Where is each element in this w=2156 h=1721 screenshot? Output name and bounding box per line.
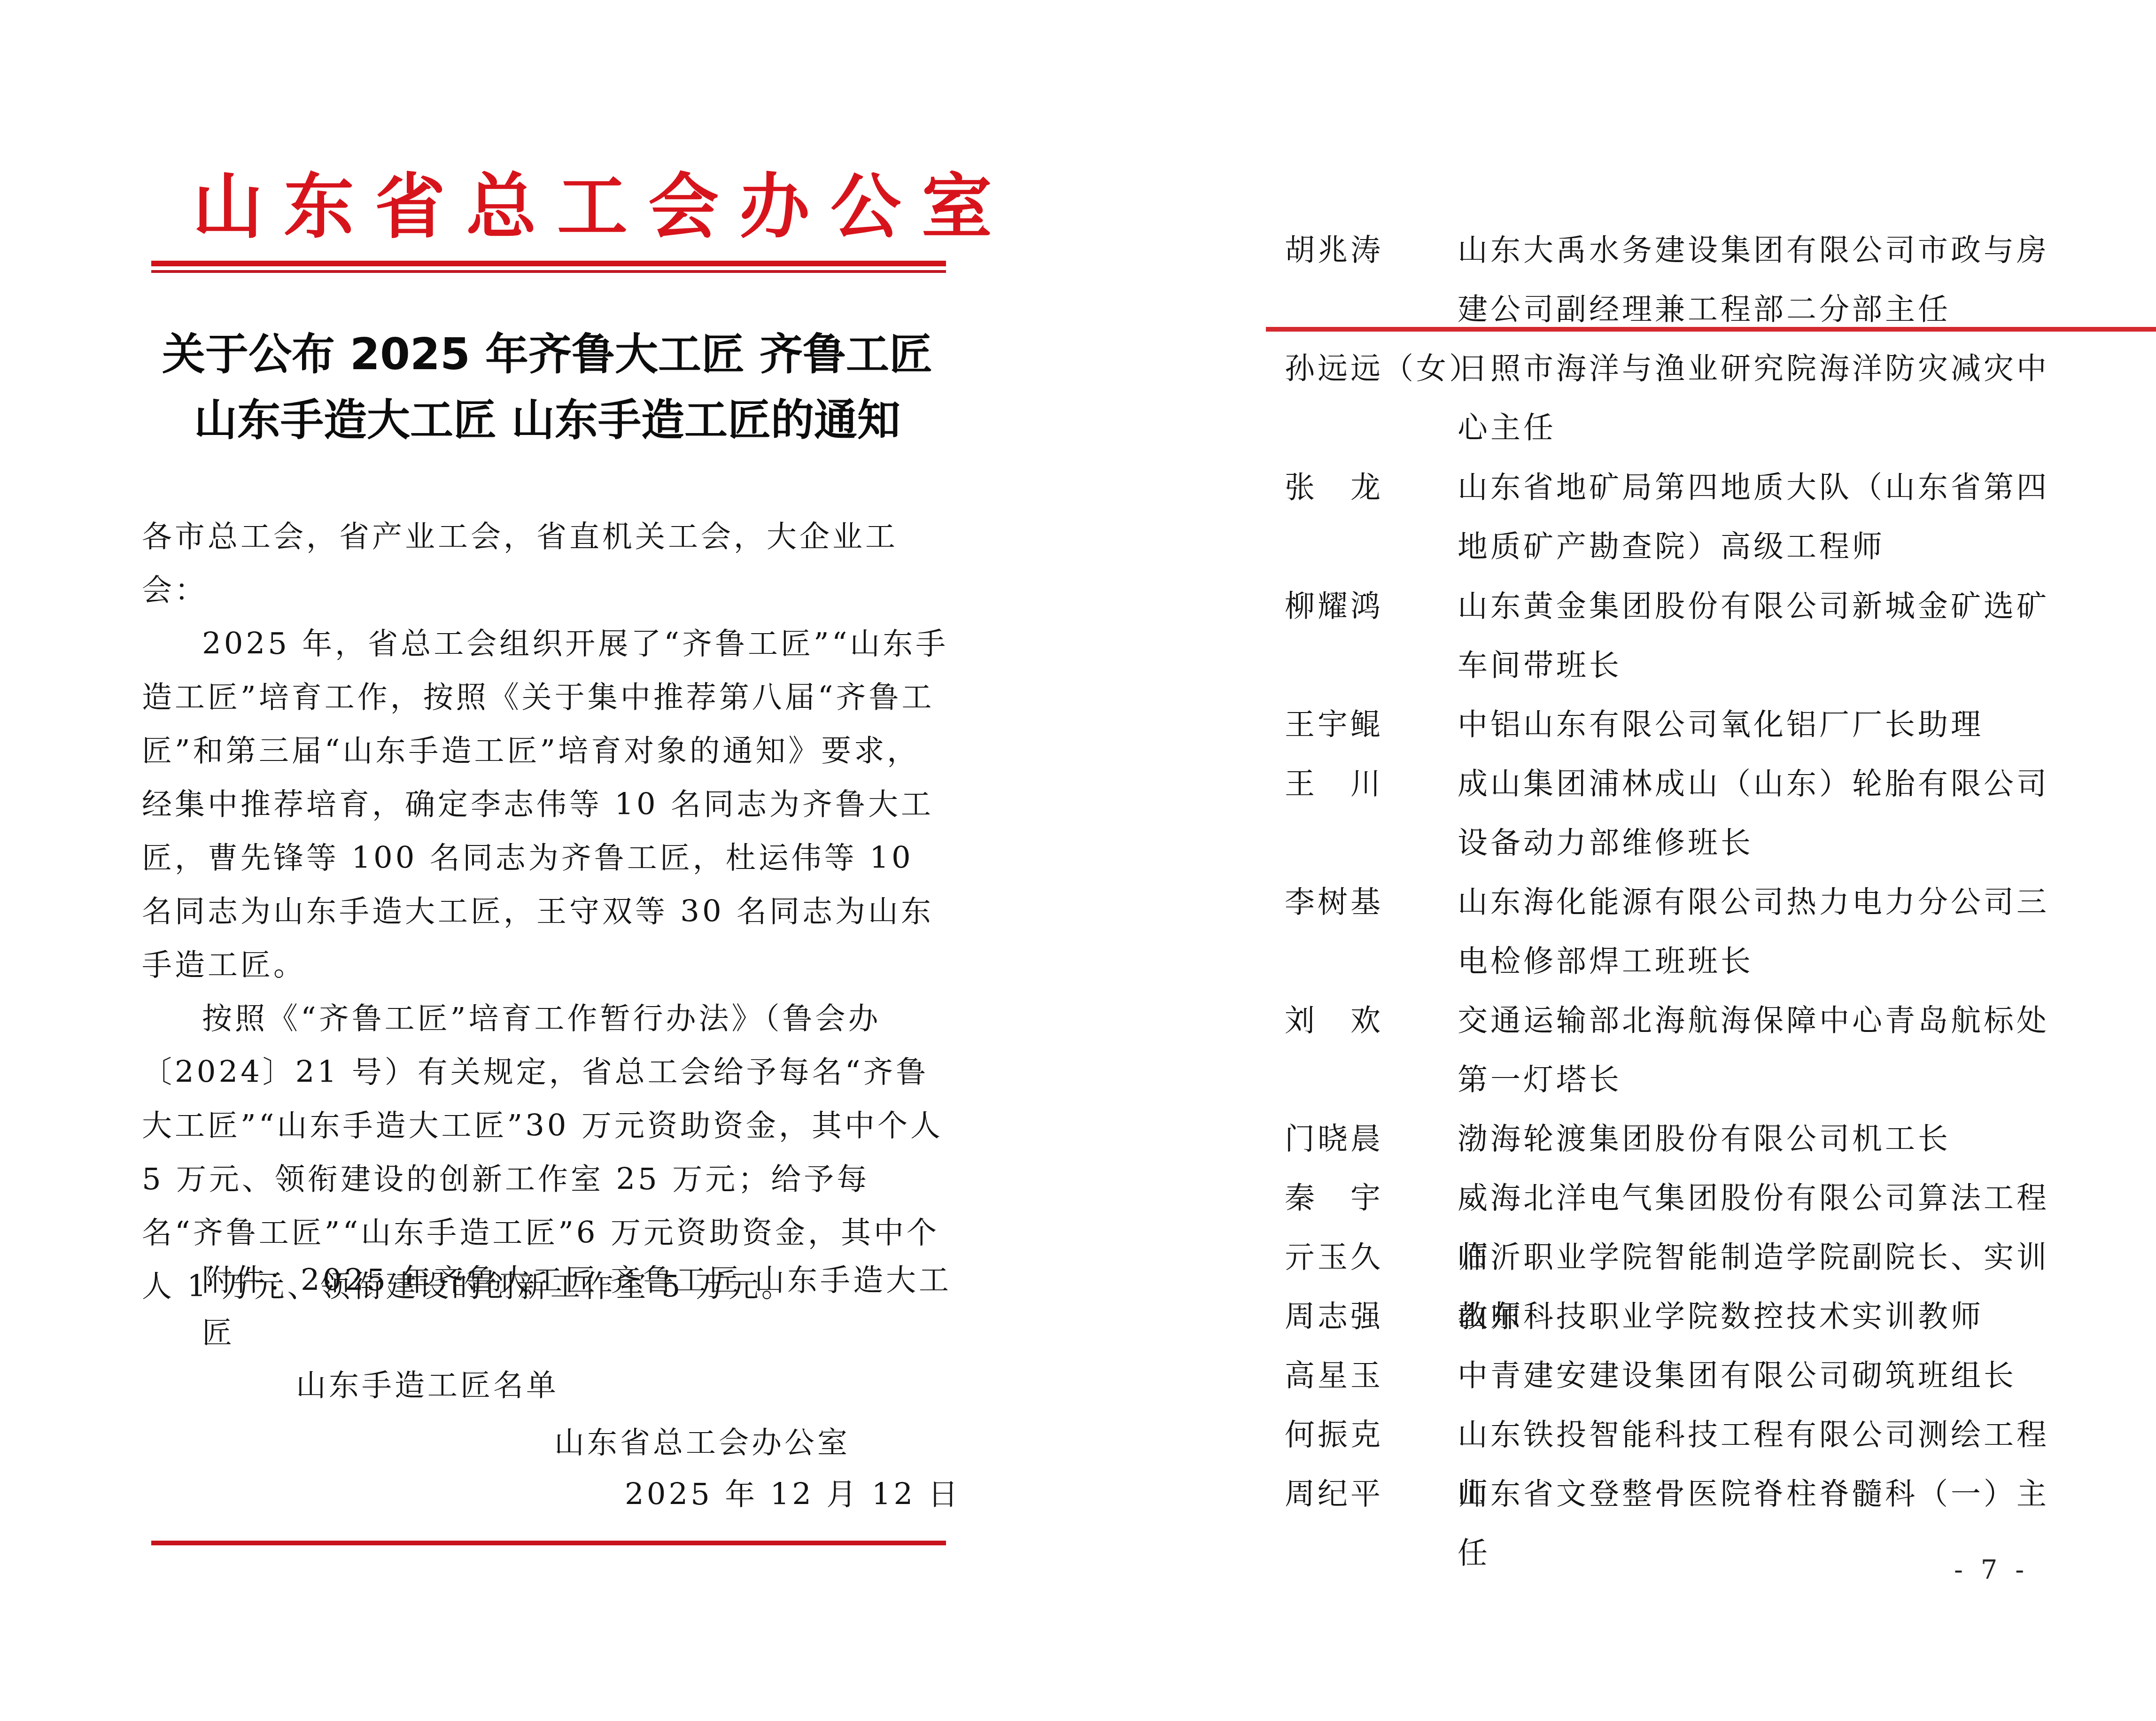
honoree-name: 刘 欢 [1285, 991, 1458, 1109]
honoree-name: 门晓晨 [1285, 1109, 1458, 1169]
honoree-name: 张 龙 [1285, 458, 1458, 576]
honoree-duty: 山东省地矿局第四地质大队（山东省第四地质矿产勘查院）高级工程师 [1458, 458, 2059, 576]
honoree-row: 周志强 山东科技职业学院数控技术实训教师 [1285, 1287, 2156, 1346]
honoree-duty: 山东海化能源有限公司热力电力分公司三电检修部焊工班班长 [1458, 873, 2059, 991]
attachment-note: 附件：2025 年齐鲁大工匠 齐鲁工匠 山东手造大工匠 山东手造工匠名单 [202, 1254, 963, 1412]
honoree-duty: 中铝山东有限公司氧化铝厂厂长助理 [1458, 695, 2059, 754]
honoree-name: 孙远远（女） [1285, 339, 1458, 457]
honoree-row: 门晓晨 渤海轮渡集团股份有限公司机工长 [1285, 1109, 2156, 1169]
honoree-name: 胡兆涛 [1285, 221, 1458, 339]
honoree-row: 孙远远（女） 日照市海洋与渔业研究院海洋防灾减灾中心主任 [1285, 339, 2156, 457]
honoree-row: 柳耀鸿 山东黄金集团股份有限公司新城金矿选矿车间带班长 [1285, 577, 2156, 695]
honoree-name: 高星玉 [1285, 1346, 1458, 1405]
attachment-line-2: 山东手造工匠名单 [202, 1359, 963, 1412]
honoree-name: 李树基 [1285, 873, 1458, 991]
salutation: 各市总工会，省产业工会，省直机关工会，大企业工会： [142, 510, 950, 617]
honoree-row: 刘 欢 交通运输部北海航海保障中心青岛航标处第一灯塔长 [1285, 991, 2156, 1109]
honoree-row: 王宇鲲 中铝山东有限公司氧化铝厂厂长助理 [1285, 695, 2156, 754]
honoree-name: 王 川 [1285, 754, 1458, 873]
document-body: 各市总工会，省产业工会，省直机关工会，大企业工会： 2025 年，省总工会组织开… [142, 510, 950, 1313]
body-paragraph-1: 2025 年，省总工会组织开展了“齐鲁工匠”“山东手造工匠”培育工作，按照《关于… [142, 617, 950, 992]
honoree-duty: 山东大禹水务建设集团有限公司市政与房建公司副经理兼工程部二分部主任 [1458, 221, 2059, 339]
honoree-row: 张 龙 山东省地矿局第四地质大队（山东省第四地质矿产勘查院）高级工程师 [1285, 458, 2156, 576]
honoree-duty: 渤海轮渡集团股份有限公司机工长 [1458, 1109, 2059, 1169]
honoree-row: 高星玉 中青建安建设集团有限公司砌筑班组长 [1285, 1346, 2156, 1405]
honoree-name: 周纪平 [1285, 1465, 1458, 1583]
document-heading-line-2: 山东手造大工匠 山东手造工匠的通知 [141, 388, 954, 453]
honoree-duty: 山东科技职业学院数控技术实训教师 [1458, 1287, 2059, 1346]
signature-org: 山东省总工会办公室 [554, 1419, 850, 1462]
honoree-row: 胡兆涛 山东大禹水务建设集团有限公司市政与房建公司副经理兼工程部二分部主任 [1285, 221, 2156, 339]
honoree-duty: 交通运输部北海航海保障中心青岛航标处第一灯塔长 [1458, 991, 2059, 1109]
honoree-name: 周志强 [1285, 1287, 1458, 1346]
signature-date: 2025 年 12 月 12 日 [625, 1470, 961, 1513]
masthead-title: 山东省总工会办公室 [193, 167, 911, 247]
honoree-row: 王 川 成山集团浦林成山（山东）轮胎有限公司设备动力部维修班长 [1285, 754, 2156, 873]
honoree-duty: 山东黄金集团股份有限公司新城金矿选矿车间带班长 [1458, 577, 2059, 695]
right-page: 胡兆涛 山东大禹水务建设集团有限公司市政与房建公司副经理兼工程部二分部主任 孙远… [1078, 0, 2156, 1721]
honoree-duty: 成山集团浦林成山（山东）轮胎有限公司设备动力部维修班长 [1458, 754, 2059, 873]
masthead-double-rule [151, 261, 946, 273]
honoree-name: 柳耀鸿 [1285, 577, 1458, 695]
page-number: - 7 - [1954, 1555, 2029, 1585]
left-page: 山东省总工会办公室 关于公布 2025 年齐鲁大工匠 齐鲁工匠 山东手造大工匠 … [0, 0, 1078, 1721]
bottom-red-rule [151, 1541, 946, 1545]
honoree-name: 王宇鲲 [1285, 695, 1458, 754]
honoree-duty: 中青建安建设集团有限公司砌筑班组长 [1458, 1346, 2059, 1405]
honoree-row: 李树基 山东海化能源有限公司热力电力分公司三电检修部焊工班班长 [1285, 873, 2156, 991]
document-heading-line-1: 关于公布 2025 年齐鲁大工匠 齐鲁工匠 [141, 322, 954, 388]
honoree-duty: 日照市海洋与渔业研究院海洋防灾减灾中心主任 [1458, 339, 2059, 457]
attachment-line-1: 附件：2025 年齐鲁大工匠 齐鲁工匠 山东手造大工匠 [202, 1254, 963, 1359]
